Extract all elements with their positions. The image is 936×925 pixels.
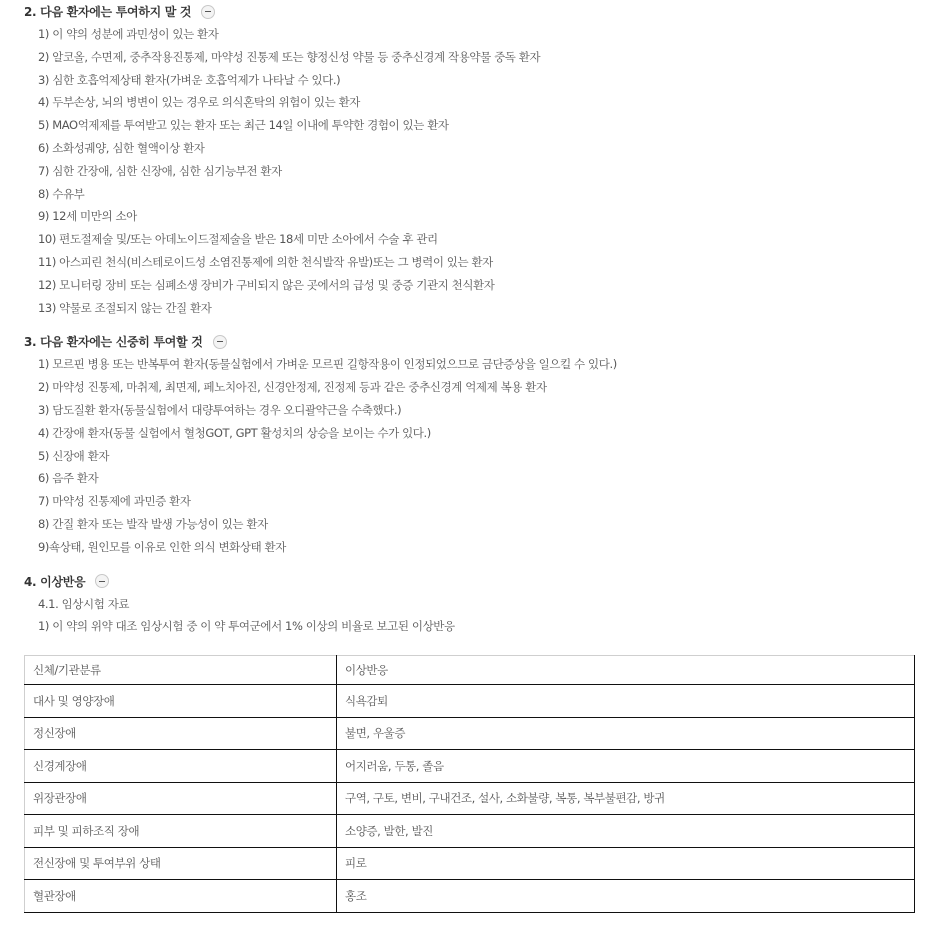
reaction-cell: 소양증, 발한, 발진 xyxy=(337,815,915,848)
list-item: 8) 간질 환자 또는 발작 발생 가능성이 있는 환자 xyxy=(0,513,936,536)
table-header-row: 신체/기관분류 이상반응 xyxy=(25,656,915,685)
list-item: 3) 담도질환 환자(동물실험에서 대량투여하는 경우 오디괄약근을 수축했다.… xyxy=(0,399,936,422)
list-item: 1) 이 약의 성분에 과민성이 있는 환자 xyxy=(0,23,936,46)
reaction-cell: 식욕감퇴 xyxy=(337,685,915,718)
section-title: 4. 이상반응 xyxy=(24,573,85,590)
list-item: 6) 소화성궤양, 심한 혈액이상 환자 xyxy=(0,137,936,160)
subsection-title: 4.1. 임상시험 자료 xyxy=(0,593,936,616)
list-item: 10) 편도절제술 및/또는 아데노이드절제술을 받은 18세 미만 소아에서 … xyxy=(0,228,936,251)
section-title: 2. 다음 환자에는 투여하지 말 것 xyxy=(24,3,191,20)
table-row: 위장관장애 구역, 구토, 변비, 구내건조, 설사, 소화불량, 복통, 복부… xyxy=(25,782,915,815)
section-heading: 4. 이상반응 xyxy=(0,570,936,593)
adverse-reactions-table: 신체/기관분류 이상반응 대사 및 영양장애 식욕감퇴 정신장애 불면, 우울증… xyxy=(24,655,915,913)
list-item: 4) 간장애 환자(동물 실험에서 혈청GOT, GPT 활성치의 상승을 보이… xyxy=(0,422,936,445)
table-row: 전신장애 및 투여부위 상태 피로 xyxy=(25,847,915,880)
organ-class-cell: 위장관장애 xyxy=(25,782,337,815)
list-item: 7) 심한 간장애, 심한 신장애, 심한 심기능부전 환자 xyxy=(0,160,936,183)
section-contraindications: 2. 다음 환자에는 투여하지 말 것 1) 이 약의 성분에 과민성이 있는 … xyxy=(0,0,936,319)
list-item: 13) 약물로 조절되지 않는 간질 환자 xyxy=(0,297,936,320)
organ-class-cell: 신경계장애 xyxy=(25,750,337,783)
table-row: 대사 및 영양장애 식욕감퇴 xyxy=(25,685,915,718)
reaction-cell: 구역, 구토, 변비, 구내건조, 설사, 소화불량, 복통, 복부불편감, 방… xyxy=(337,782,915,815)
spacer xyxy=(0,559,936,570)
minus-circle-icon[interactable] xyxy=(201,5,215,19)
section-heading: 3. 다음 환자에는 신중히 투여할 것 xyxy=(0,330,936,353)
table-row: 신경계장애 어지러움, 두통, 졸음 xyxy=(25,750,915,783)
list-item: 12) 모니터링 장비 또는 심폐소생 장비가 구비되지 않은 곳에서의 급성 … xyxy=(0,274,936,297)
table-row: 피부 및 피하조직 장애 소양증, 발한, 발진 xyxy=(25,815,915,848)
list-item: 9) 12세 미만의 소아 xyxy=(0,205,936,228)
list-item: 5) MAO억제제를 투여받고 있는 환자 또는 최근 14일 이내에 투약한 … xyxy=(0,114,936,137)
reaction-cell: 어지러움, 두통, 졸음 xyxy=(337,750,915,783)
reaction-cell: 불면, 우울증 xyxy=(337,717,915,750)
list-item: 2) 마약성 진통제, 마취제, 최면제, 페노치아진, 신경안정제, 진정제 … xyxy=(0,376,936,399)
reaction-cell: 홍조 xyxy=(337,880,915,913)
column-header: 이상반응 xyxy=(337,656,915,685)
table-row: 혈관장애 홍조 xyxy=(25,880,915,913)
list-item: 11) 아스피린 천식(비스테로이드성 소염진통제에 의한 천식발작 유발)또는… xyxy=(0,251,936,274)
organ-class-cell: 대사 및 영양장애 xyxy=(25,685,337,718)
list-item: 7) 마약성 진통제에 과민증 환자 xyxy=(0,490,936,513)
list-item: 2) 알코올, 수면제, 중추작용진통제, 마약성 진통제 또는 향정신성 약물… xyxy=(0,46,936,69)
spacer xyxy=(0,319,936,330)
column-header: 신체/기관분류 xyxy=(25,656,337,685)
list-item: 4) 두부손상, 뇌의 병변이 있는 경우로 의식혼탁의 위험이 있는 환자 xyxy=(0,91,936,114)
organ-class-cell: 전신장애 및 투여부위 상태 xyxy=(25,847,337,880)
organ-class-cell: 피부 및 피하조직 장애 xyxy=(25,815,337,848)
minus-circle-icon[interactable] xyxy=(213,335,227,349)
organ-class-cell: 정신장애 xyxy=(25,717,337,750)
reaction-cell: 피로 xyxy=(337,847,915,880)
list-item: 3) 심한 호흡억제상태 환자(가벼운 호흡억제가 나타날 수 있다.) xyxy=(0,69,936,92)
organ-class-cell: 혈관장애 xyxy=(25,880,337,913)
minus-circle-icon[interactable] xyxy=(95,574,109,588)
list-item: 8) 수유부 xyxy=(0,183,936,206)
document: 2. 다음 환자에는 투여하지 말 것 1) 이 약의 성분에 과민성이 있는 … xyxy=(0,0,936,638)
list-item: 1) 이 약의 위약 대조 임상시험 중 이 약 투여군에서 1% 이상의 비율… xyxy=(0,615,936,638)
section-heading: 2. 다음 환자에는 투여하지 말 것 xyxy=(0,0,936,23)
list-item: 1) 모르핀 병용 또는 반복투여 환자(동물실험에서 가벼운 모르핀 길항작용… xyxy=(0,353,936,376)
list-item: 5) 신장애 환자 xyxy=(0,445,936,468)
section-adverse-reactions: 4. 이상반응 4.1. 임상시험 자료 1) 이 약의 위약 대조 임상시험 … xyxy=(0,570,936,639)
list-item: 6) 음주 환자 xyxy=(0,467,936,490)
list-item: 9)쇽상태, 원인모를 이유로 인한 의식 변화상태 환자 xyxy=(0,536,936,559)
section-precautions: 3. 다음 환자에는 신중히 투여할 것 1) 모르핀 병용 또는 반복투여 환… xyxy=(0,330,936,558)
section-title: 3. 다음 환자에는 신중히 투여할 것 xyxy=(24,333,203,350)
table-row: 정신장애 불면, 우울증 xyxy=(25,717,915,750)
